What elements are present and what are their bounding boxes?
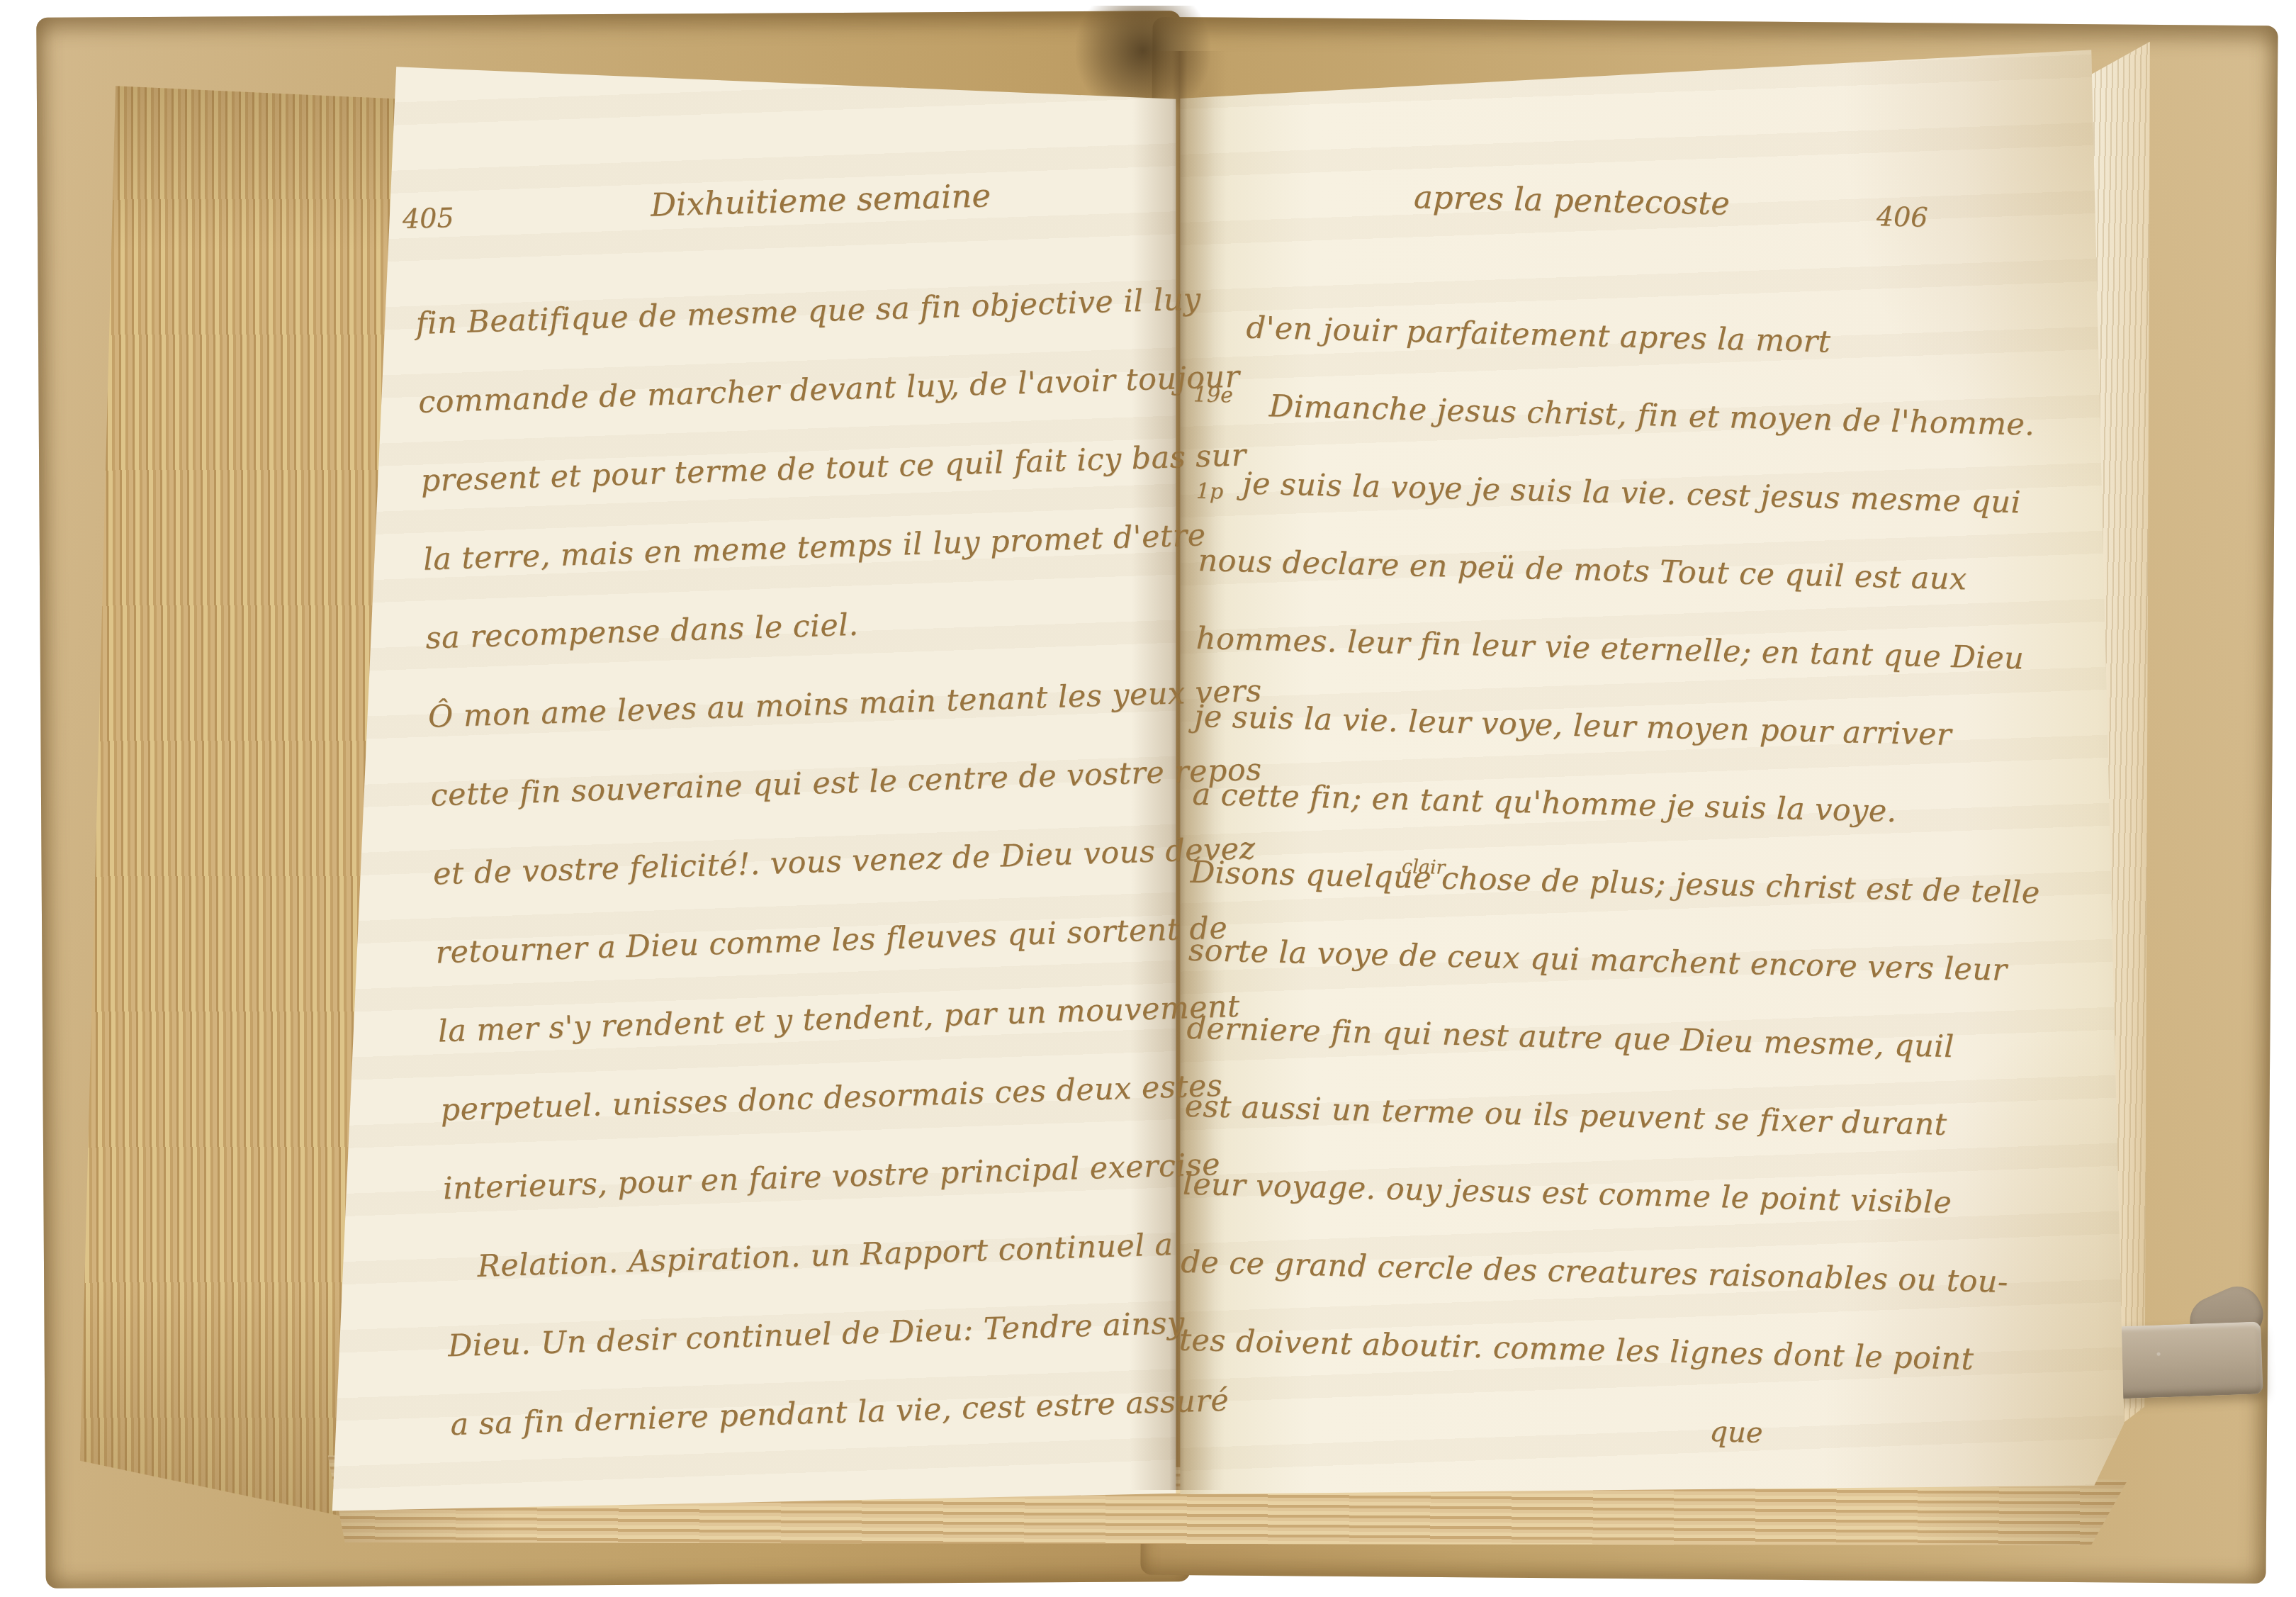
right-page-number: 406 [1876,201,1928,233]
left-page-text: fin Beatifique de mesme que sa fin objec… [415,261,1220,1464]
manuscript-book-photo: 405 Dixhuitieme semaine fin Beatifique d… [0,0,2296,1597]
left-page-number: 405 [402,202,454,235]
catchword: que [1643,1413,1828,1451]
vellum-tie-strap [2113,1321,2263,1399]
right-page-text: d'en jouir parfaitement apres la mort Di… [1178,288,2111,1401]
